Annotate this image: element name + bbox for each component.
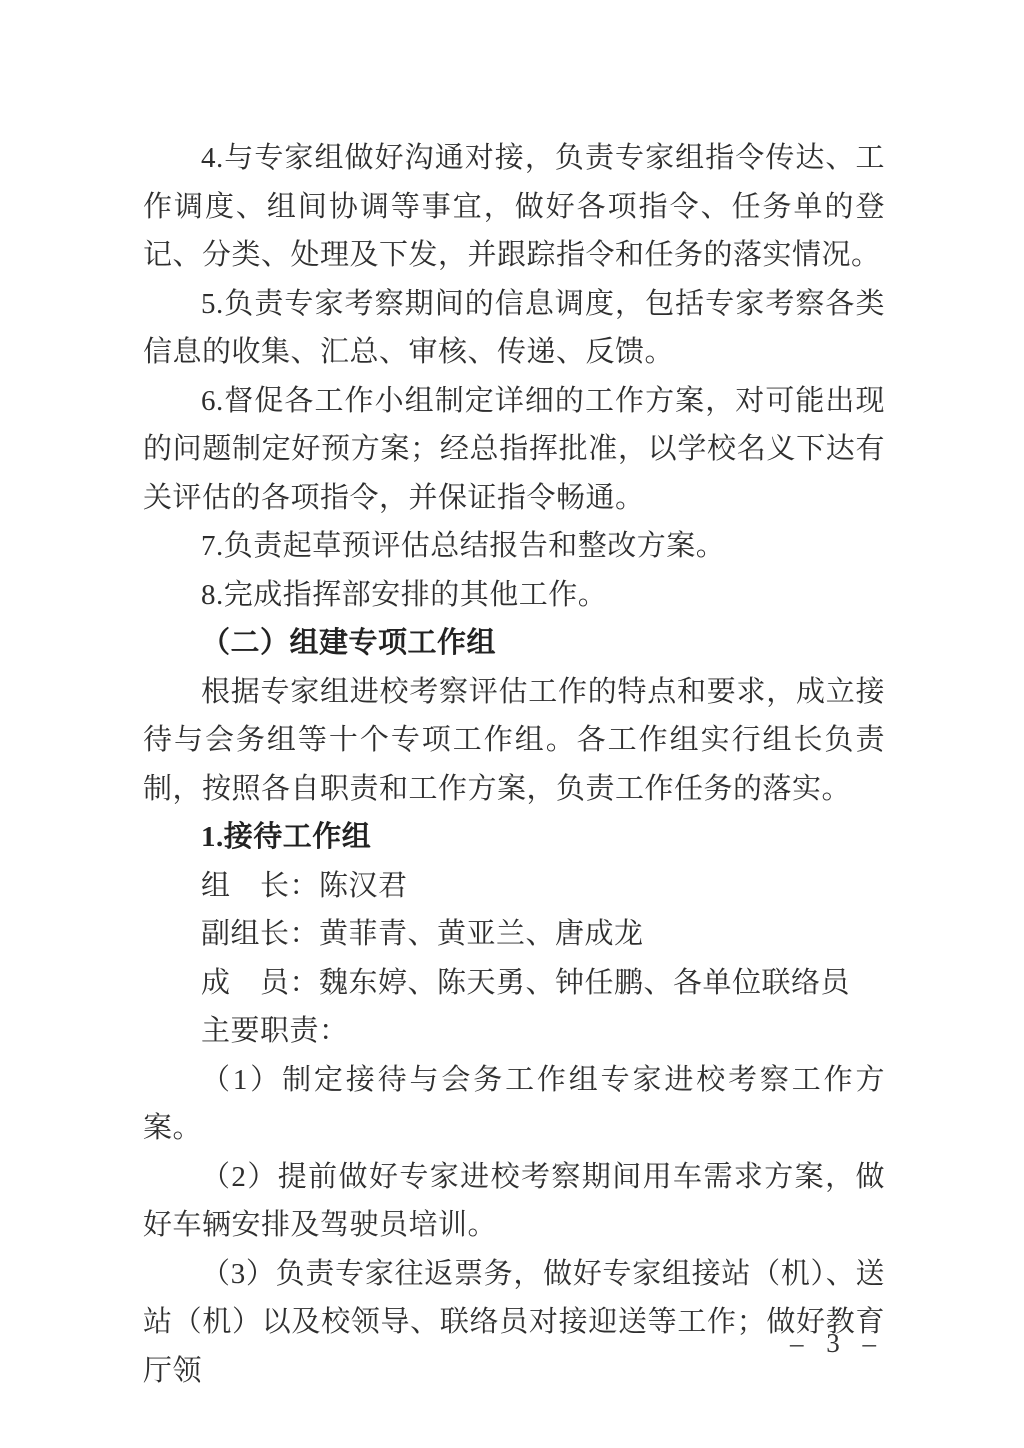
paragraph: （1）制定接待与会务工作组专家进校考察工作方案。	[143, 1056, 885, 1153]
paragraph: 成 员：魏东婷、陈天勇、钟任鹏、各单位联络员	[143, 959, 885, 1008]
paragraph: 6.督促各工作小组制定详细的工作方案，对可能出现的问题制定好预方案；经总指挥批准…	[143, 377, 885, 523]
paragraph: 副组长：黄菲青、黄亚兰、唐成龙	[143, 910, 885, 959]
paragraph: （3）负责专家往返票务，做好专家组接站（机）、送站（机）以及校领导、联络员对接迎…	[143, 1250, 885, 1396]
paragraph: 4.与专家组做好沟通对接，负责专家组指令传达、工作调度、组间协调等事宜，做好各项…	[143, 134, 885, 280]
paragraph: 组 长：陈汉君	[143, 862, 885, 911]
paragraph: 7.负责起草预评估总结报告和整改方案。	[143, 522, 885, 571]
page-number: – 3 –	[790, 1328, 884, 1359]
paragraph: 5.负责专家考察期间的信息调度，包括专家考察各类信息的收集、汇总、审核、传递、反…	[143, 280, 885, 377]
paragraph: 主要职责：	[143, 1007, 885, 1056]
paragraph: （2）提前做好专家进校考察期间用车需求方案，做好车辆安排及驾驶员培训。	[143, 1153, 885, 1250]
paragraph: 根据专家组进校考察评估工作的特点和要求，成立接待与会务组等十个专项工作组。各工作…	[143, 668, 885, 814]
paragraph: 8.完成指挥部安排的其他工作。	[143, 571, 885, 620]
section-heading: （二）组建专项工作组	[143, 619, 885, 668]
section-heading: 1.接待工作组	[143, 813, 885, 862]
document-body: 4.与专家组做好沟通对接，负责专家组指令传达、工作调度、组间协调等事宜，做好各项…	[143, 134, 885, 1395]
document-page: 4.与专家组做好沟通对接，负责专家组指令传达、工作调度、组间协调等事宜，做好各项…	[0, 0, 1024, 1448]
